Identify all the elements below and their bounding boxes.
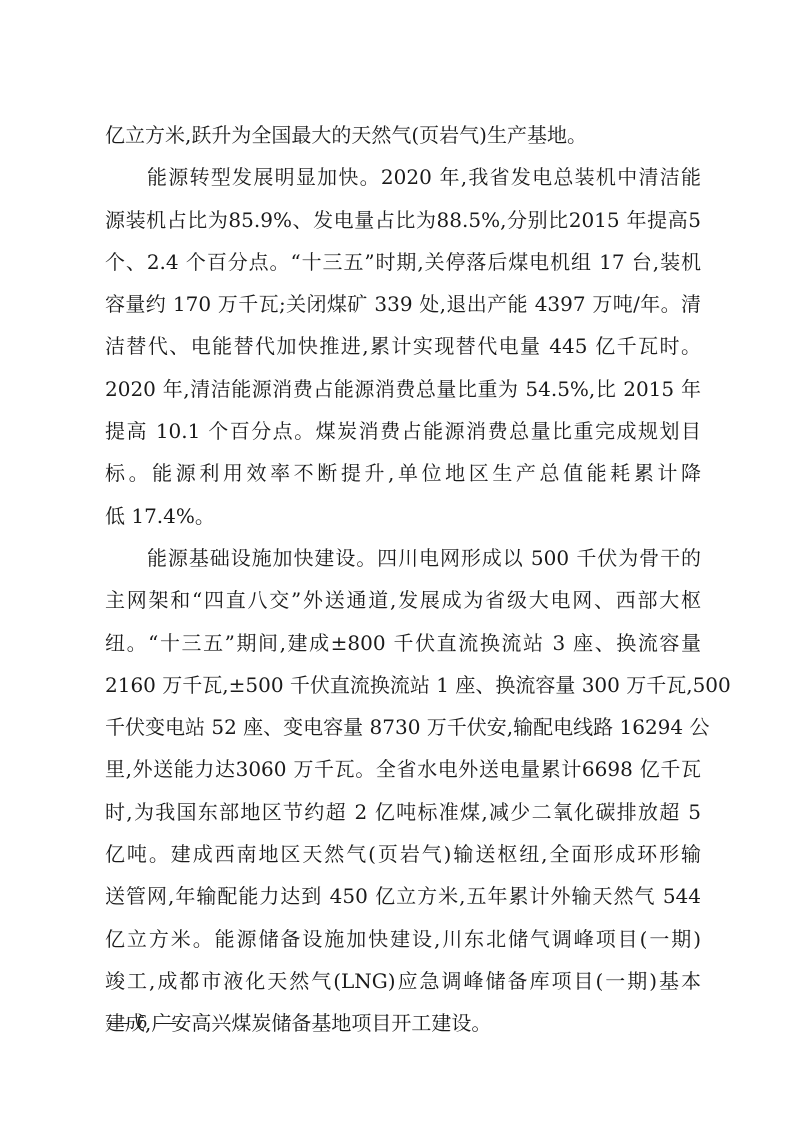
text-line: 源装机占比为85.9%、发电量占比为88.5%,分别比2015 年提高5 bbox=[105, 199, 701, 241]
text-line: 千伏变电站 52 座、变电容量 8730 万千伏安,输配电线路 16294 公 bbox=[105, 706, 701, 748]
document-page: 亿立方米,跃升为全国最大的天然气(页岩气)生产基地。 能源转型发展明显加快。20… bbox=[0, 0, 800, 1131]
text-line: 2160 万千瓦,±500 千伏直流换流站 1 座、换流容量 300 万千瓦,5… bbox=[105, 664, 701, 706]
text-line: 时,为我国东部地区节约超 2 亿吨标准煤,减少二氧化碳排放超 5 bbox=[105, 791, 701, 833]
paragraph-1: 亿立方米,跃升为全国最大的天然气(页岩气)生产基地。 bbox=[105, 114, 701, 156]
text-line: 送管网,年输配能力达到 450 亿立方米,五年累计外输天然气 544 bbox=[105, 875, 701, 917]
text-line: 亿吨。建成西南地区天然气(页岩气)输送枢纽,全面形成环形输 bbox=[105, 833, 701, 875]
text-line: 提高 10.1 个百分点。煤炭消费占能源消费总量比重完成规划目 bbox=[105, 410, 701, 452]
text-line: 能源基础设施加快建设。四川电网形成以 500 千伏为骨干的 bbox=[105, 537, 701, 579]
text-line: 容量约 170 万千瓦;关闭煤矿 339 处,退出产能 4397 万吨/年。清 bbox=[105, 283, 701, 325]
text-line: 标。能源利用效率不断提升,单位地区生产总值能耗累计降 bbox=[105, 452, 701, 494]
paragraph-2-energy-transition: 能源转型发展明显加快。2020 年,我省发电总装机中清洁能 源装机占比为85.9… bbox=[105, 156, 701, 537]
text-line: 里,外送能力达3060 万千瓦。全省水电外送电量累计6698 亿千瓦 bbox=[105, 748, 701, 790]
text-line: 个、2.4 个百分点。“十三五”时期,关停落后煤电机组 17 台,装机 bbox=[105, 241, 701, 283]
text-line: 能源转型发展明显加快。2020 年,我省发电总装机中清洁能 bbox=[105, 156, 701, 198]
text-line: 2020 年,清洁能源消费占能源消费总量比重为 54.5%,比 2015 年 bbox=[105, 368, 701, 410]
page-number: — 6 — bbox=[108, 1008, 178, 1036]
text-line: 纽。“十三五”期间,建成±800 千伏直流换流站 3 座、换流容量 bbox=[105, 622, 701, 664]
text-line: 竣工,成都市液化天然气(LNG)应急调峰储备库项目(一期)基本 bbox=[105, 960, 701, 1002]
text-line: 洁替代、电能替代加快推进,累计实现替代电量 445 亿千瓦时。 bbox=[105, 325, 701, 367]
text-line: 主网架和“四直八交”外送通道,发展成为省级大电网、西部大枢 bbox=[105, 579, 701, 621]
body-text: 亿立方米,跃升为全国最大的天然气(页岩气)生产基地。 能源转型发展明显加快。20… bbox=[105, 114, 701, 1045]
paragraph-3-infrastructure: 能源基础设施加快建设。四川电网形成以 500 千伏为骨干的 主网架和“四直八交”… bbox=[105, 537, 701, 1045]
text-line: 低 17.4%。 bbox=[105, 495, 701, 537]
text-line: 亿立方米。能源储备设施加快建设,川东北储气调峰项目(一期) bbox=[105, 918, 701, 960]
text-line: 建成,广安高兴煤炭储备基地项目开工建设。 bbox=[105, 1002, 701, 1044]
text-line: 亿立方米,跃升为全国最大的天然气(页岩气)生产基地。 bbox=[105, 114, 701, 156]
